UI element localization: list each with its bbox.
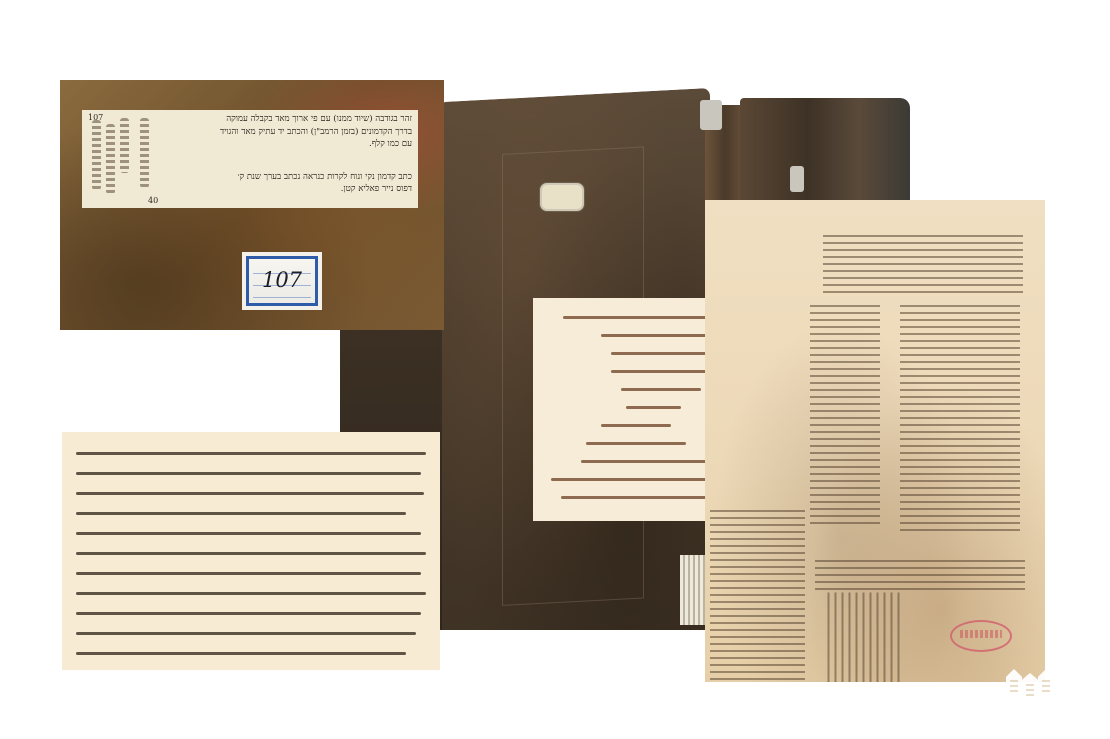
shelf-mark-label: 107 bbox=[242, 252, 322, 310]
slip-fine-print: ​ bbox=[88, 151, 412, 161]
slip-page-marker: 40 bbox=[148, 196, 158, 205]
cover-paper-label bbox=[540, 183, 584, 211]
printed-commentary-page bbox=[705, 200, 1045, 682]
slip-line: בדרך הקדמונים (בזמן הרמב"ן) והכתב יד עתי… bbox=[88, 126, 412, 139]
rotated-text-block bbox=[825, 593, 900, 683]
torn-leather bbox=[790, 166, 804, 192]
footer-text-block bbox=[815, 560, 1025, 590]
three-houses-logo-icon bbox=[1000, 660, 1060, 705]
label-photo: 107 זהר בגודבה (שיוד ממנו) עם פי ארוך מא… bbox=[60, 80, 444, 330]
slip-line: זהר בגודבה (שיוד ממנו) עם פי ארוך מאד בק… bbox=[88, 113, 412, 126]
margin-text-block bbox=[710, 510, 805, 680]
library-stamp bbox=[950, 620, 1012, 652]
column-text-block bbox=[810, 305, 880, 525]
margin-handwriting bbox=[106, 124, 115, 194]
torn-leather bbox=[700, 100, 722, 130]
handwritten-page bbox=[62, 432, 440, 670]
column-text-block bbox=[900, 305, 1020, 535]
slip-line: דפוס נייר פאליא קטן. bbox=[88, 183, 412, 196]
slip-line: עם כמו קלף. bbox=[88, 138, 412, 151]
shelf-mark-number: 107 bbox=[249, 268, 315, 292]
margin-handwriting bbox=[92, 120, 101, 190]
catalog-slip: 107 זהר בגודבה (שיוד ממנו) עם פי ארוך מא… bbox=[82, 110, 418, 208]
slip-fine-print: ​ bbox=[88, 161, 412, 171]
slip-line: כתב קדמון נקי ונוח לקרות כנראה נכתב בערך… bbox=[88, 171, 412, 184]
margin-handwriting bbox=[140, 118, 149, 188]
header-text-block bbox=[823, 235, 1023, 295]
margin-handwriting bbox=[120, 118, 129, 173]
